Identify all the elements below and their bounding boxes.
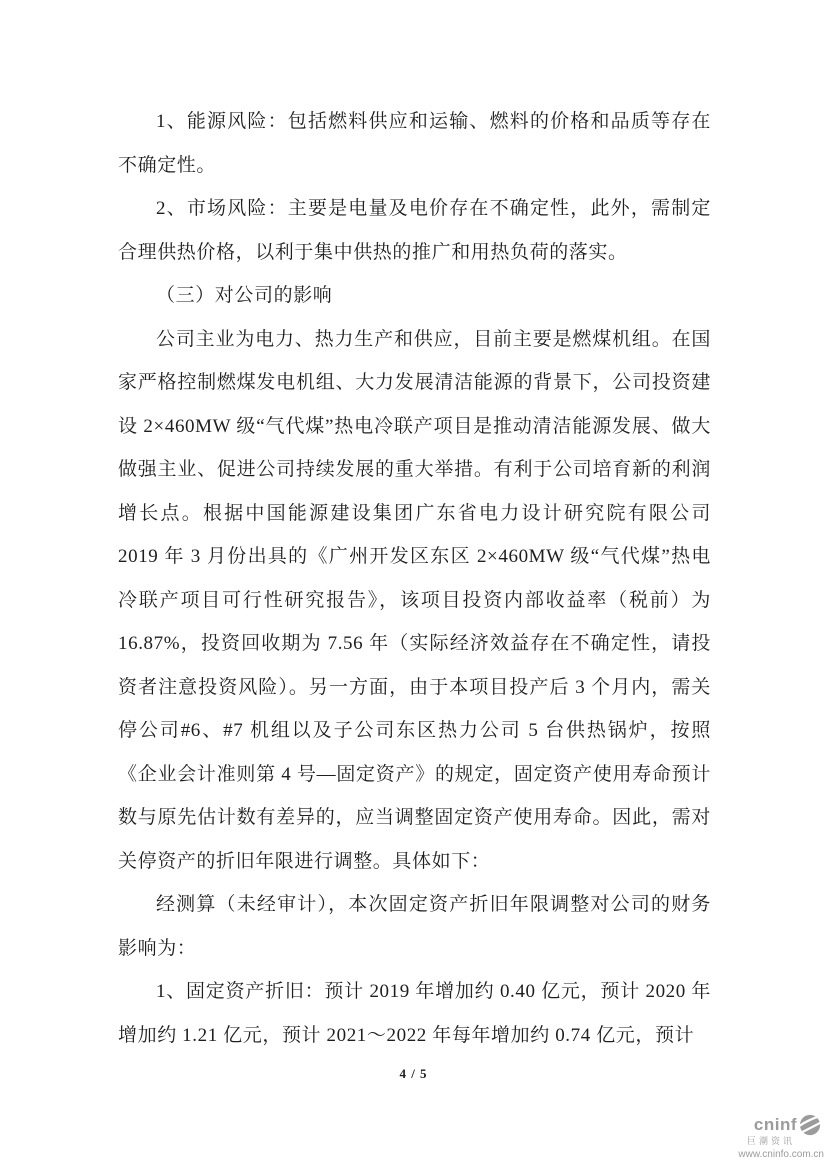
section-heading-company-impact: （三）对公司的影响 [118,274,711,318]
cninfo-swirl-icon [799,1114,821,1136]
paragraph-financial-impact-intro: 经测算（未经审计），本次固定资产折旧年限调整对公司的财务影响为： [118,883,711,970]
page-number: 4 / 5 [0,1066,827,1082]
document-body: 1、能源风险：包括燃料供应和运输、燃料的价格和品质等存在不确定性。 2、市场风险… [118,100,711,1057]
paragraph-company-impact-body: 公司主业为电力、热力生产和供应，目前主要是燃煤机组。在国家严格控制燃煤发电机组、… [118,318,711,884]
paragraph-risk-market: 2、市场风险：主要是电量及电价存在不确定性，此外，需制定合理供热价格，以利于集中… [118,187,711,274]
cninfo-url: www.cninfo.com.cn [736,1149,824,1160]
paragraph-depreciation-item-1: 1、固定资产折旧：预计 2019 年增加约 0.40 亿元，预计 2020 年增… [118,970,711,1057]
cninfo-brand-row: cninf [736,1114,824,1136]
cninfo-brand-label: cninf [754,1116,797,1135]
cninfo-watermark: cninf 巨潮资讯 www.cninfo.com.cn [736,1114,824,1160]
cninfo-chinese-name: 巨潮资讯 [736,1137,824,1147]
document-page: 1、能源风险：包括燃料供应和运输、燃料的价格和品质等存在不确定性。 2、市场风险… [0,0,827,1169]
paragraph-risk-energy: 1、能源风险：包括燃料供应和运输、燃料的价格和品质等存在不确定性。 [118,100,711,187]
